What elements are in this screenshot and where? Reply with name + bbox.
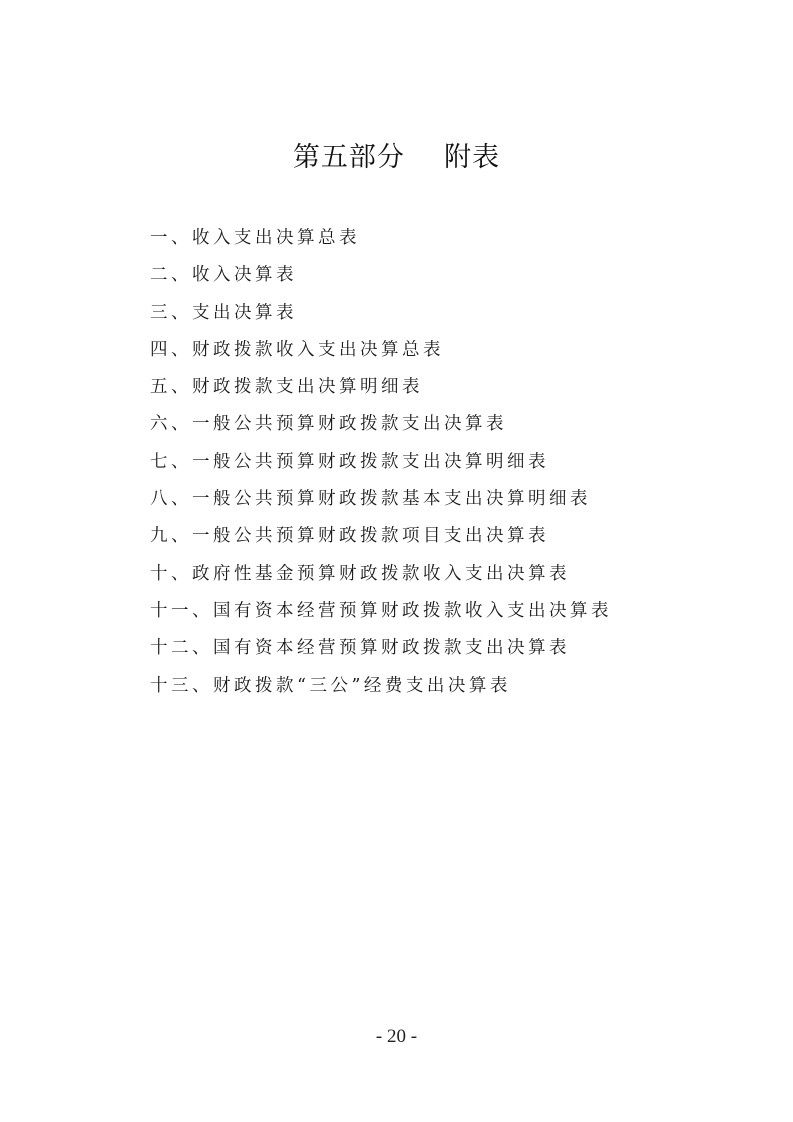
list-item: 十一、国有资本经营预算财政拨款收入支出决算表 <box>150 593 612 630</box>
list-item: 四、财政拨款收入支出决算总表 <box>150 332 612 369</box>
page-number: - 20 - <box>0 1026 793 1048</box>
list-item: 六、一般公共预算财政拨款支出决算表 <box>150 406 612 443</box>
list-item: 九、一般公共预算财政拨款项目支出决算表 <box>150 518 612 555</box>
list-item: 五、财政拨款支出决算明细表 <box>150 369 612 406</box>
list-item: 一、收入支出决算总表 <box>150 220 612 257</box>
page-title: 第五部分 附表 <box>0 138 793 178</box>
list-item: 二、收入决算表 <box>150 257 612 294</box>
appendix-table-list: 一、收入支出决算总表 二、收入决算表 三、支出决算表 四、财政拨款收入支出决算总… <box>150 220 612 705</box>
list-item: 八、一般公共预算财政拨款基本支出决算明细表 <box>150 481 612 518</box>
list-item: 十三、财政拨款“三公”经费支出决算表 <box>150 668 612 705</box>
list-item: 七、一般公共预算财政拨款支出决算明细表 <box>150 444 612 481</box>
list-item: 十二、国有资本经营预算财政拨款支出决算表 <box>150 630 612 667</box>
list-item: 十、政府性基金预算财政拨款收入支出决算表 <box>150 556 612 593</box>
list-item: 三、支出决算表 <box>150 295 612 332</box>
